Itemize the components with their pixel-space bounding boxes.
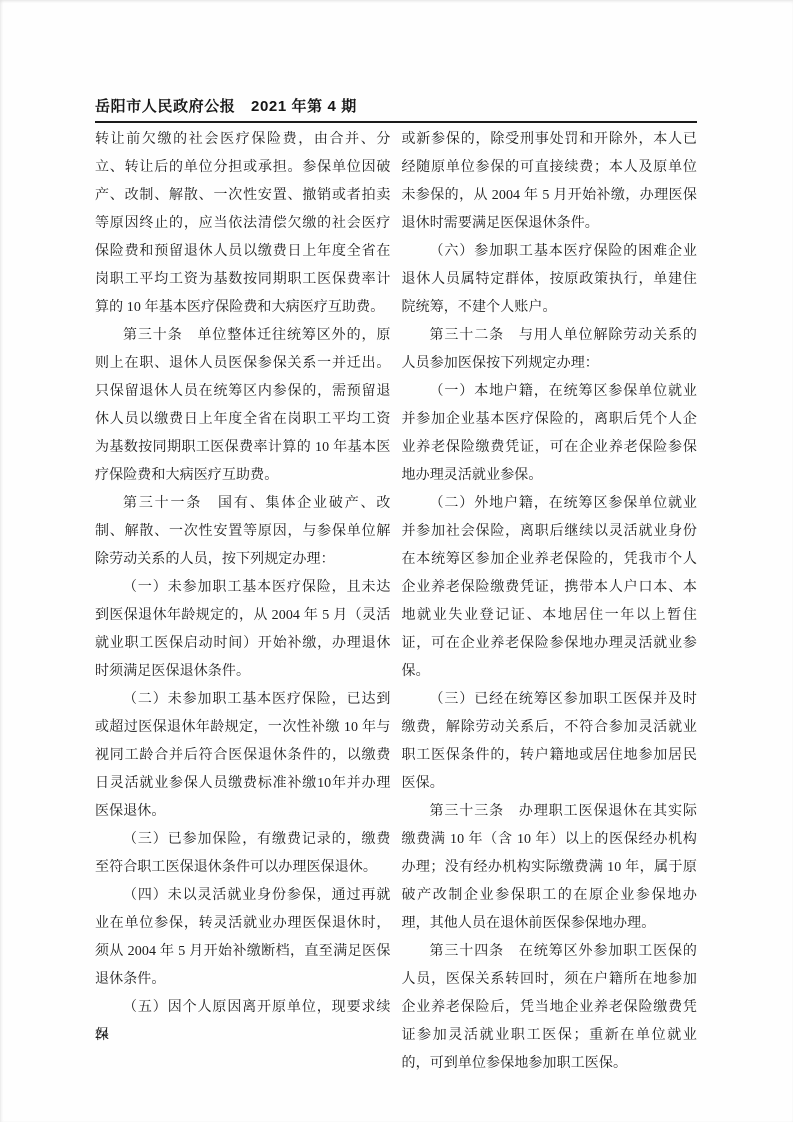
paragraph: （三）已经在统筹区参加职工医保并及时缴费，解除劳动关系后，不符合参加灵活就业职工… <box>402 686 698 798</box>
right-column: 或新参保的，除受刑事处罚和开除外，本人已经随原单位参保的可直接续费；本人及原单位… <box>402 126 698 1078</box>
left-column: 转让前欠缴的社会医疗保险费，由合并、分立、转让后的单位分担或承担。参保单位因破产… <box>95 126 391 1078</box>
paragraph: 或新参保的，除受刑事处罚和开除外，本人已经随原单位参保的可直接续费；本人及原单位… <box>402 126 698 238</box>
gazette-page: 岳阳市人民政府公报 2021 年第 4 期 转让前欠缴的社会医疗保险费，由合并、… <box>0 0 793 1122</box>
paragraph: （六）参加职工基本医疗保险的困难企业退休人员属特定群体，按原政策执行，单建住院统… <box>402 238 698 322</box>
paragraph: 第三十四条 在统筹区外参加职工医保的人员，医保关系转回时，须在户籍所在地参加企业… <box>402 938 698 1078</box>
paragraph: 第三十条 单位整体迁往统筹区外的，原则上在职、退休人员医保参保关系一并迁出。只保… <box>95 322 391 490</box>
paragraph: （一）本地户籍，在统筹区参保单位就业并参加企业基本医疗保险的，离职后凭个人企业养… <box>402 378 698 490</box>
paragraph: （四）未以灵活就业身份参保，通过再就业在单位参保，转灵活就业办理医保退休时，须从… <box>95 882 391 994</box>
gazette-title: 岳阳市人民政府公报 2021 年第 4 期 <box>95 95 697 116</box>
document-body: 转让前欠缴的社会医疗保险费，由合并、分立、转让后的单位分担或承担。参保单位因破产… <box>95 126 697 1078</box>
header-rule <box>95 121 697 123</box>
page-number: 24 <box>95 1025 108 1043</box>
paragraph: 第三十一条 国有、集体企业破产、改制、解散、一次性安置等原因，与参保单位解除劳动… <box>95 490 391 574</box>
page-header: 岳阳市人民政府公报 2021 年第 4 期 <box>95 95 697 123</box>
paragraph: （二）外地户籍，在统筹区参保单位就业并参加社会保险，离职后继续以灵活就业身份在本… <box>402 490 698 686</box>
paragraph: （五）因个人原因离开原单位，现要求续保 <box>95 994 391 1050</box>
paragraph: （三）已参加保险，有缴费记录的，缴费至符合职工医保退休条件可以办理医保退休。 <box>95 826 391 882</box>
paragraph: （二）未参加职工基本医疗保险，已达到或超过医保退休年龄规定，一次性补缴 10 年… <box>95 686 391 826</box>
paragraph: 转让前欠缴的社会医疗保险费，由合并、分立、转让后的单位分担或承担。参保单位因破产… <box>95 126 391 322</box>
paragraph: （一）未参加职工基本医疗保险，且未达到医保退休年龄规定的，从 2004 年 5 … <box>95 574 391 686</box>
paragraph: 第三十三条 办理职工医保退休在其实际缴费满 10 年（含 10 年）以上的医保经… <box>402 798 698 938</box>
paragraph: 第三十二条 与用人单位解除劳动关系的人员参加医保按下列规定办理： <box>402 322 698 378</box>
